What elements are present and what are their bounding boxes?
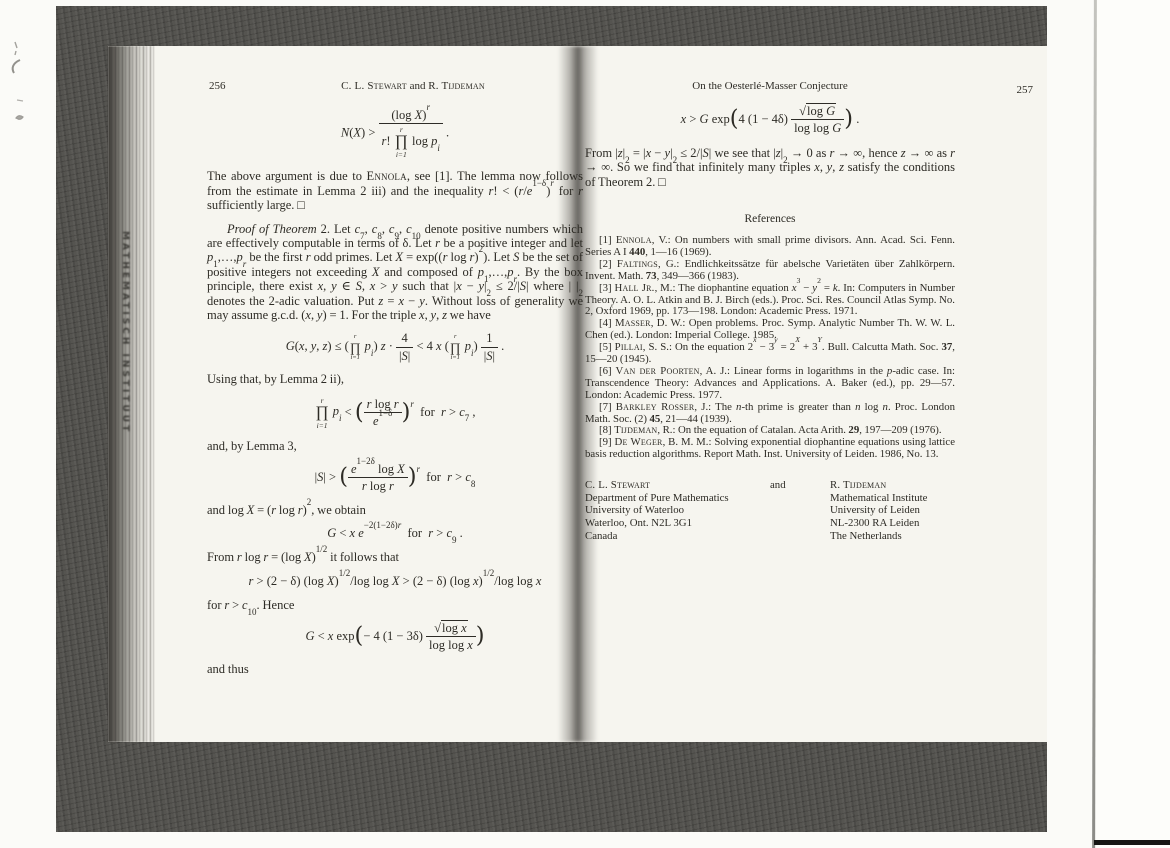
right-page-column: On the Oesterlé-Masser Conjecture x > G … <box>585 80 955 542</box>
left-running-head: C. L. Stewart and R. Tijdeman <box>207 80 583 92</box>
left-page-header: 256 C. L. Stewart and R. Tijdeman <box>207 80 583 94</box>
references-title: References <box>585 213 955 225</box>
paragraph-proof-theorem-2: Proof of Theorem 2. Let c7, c8, c9, c10 … <box>207 222 583 323</box>
line-and-logx: and log X = (r log r)2, we obtain <box>207 503 583 517</box>
reference-item: [3] Hall Jr., M.: The diophantine equati… <box>585 283 955 319</box>
formula-g-exp-sqrt: G < x exp(− 4 (1 − 3δ) √log xlog log x) <box>207 621 583 653</box>
formula-r-lower-bound: r > (2 − δ) (log X)1/2/log log X > (2 − … <box>207 574 583 589</box>
reference-item: [1] Ennola, V.: On numbers with small pr… <box>585 235 955 259</box>
references-list: [1] Ennola, V.: On numbers with small pr… <box>585 235 955 461</box>
pencil-mark <box>16 96 26 104</box>
reference-item: [5] Pillai, S. S.: On the equation 2x − … <box>585 342 955 366</box>
address-line: University of Waterloo <box>585 504 770 517</box>
spine-stamp-text: MATHEMATISCH INSTITUUT <box>120 231 130 531</box>
address-line: NL-2300 RA Leiden <box>830 517 927 530</box>
address-line: Mathematical Institute <box>830 492 927 505</box>
formula-counting-lower-bound: N(X) > (log X)rr! r∏i=1 log pi . <box>207 108 583 159</box>
line-and-lemma3: and, by Lemma 3, <box>207 439 583 453</box>
author-address-tijdeman: R. Tijdeman Mathematical Institute Unive… <box>830 479 927 542</box>
right-running-head: On the Oesterlé-Masser Conjecture <box>585 80 955 92</box>
right-page: 257 On the Oesterlé-Masser Conjecture x … <box>585 80 1047 542</box>
author-name: C. L. Stewart <box>585 479 770 492</box>
adjacent-sheet <box>1096 0 1170 848</box>
address-line: The Netherlands <box>830 530 927 543</box>
line-and-thus: and thus <box>207 662 583 676</box>
line-for-c10-hence: for r > c10. Hence <box>207 598 583 612</box>
bottom-right-edge-line <box>1094 840 1170 845</box>
pencil-mark <box>14 112 26 122</box>
line-using-lemma2: Using that, by Lemma 2 ii), <box>207 372 583 386</box>
formula-x-lower-bound: x > G exp(4 (1 − 4δ) √log Glog log G) . <box>585 104 955 136</box>
paragraph-closing: From |z|2 = |x − y|2 ≤ 2/|S| we see that… <box>585 146 955 189</box>
author-name: R. Tijdeman <box>830 479 927 492</box>
formula-s-lower-bound: |S| > (e1−2δ log Xr log r)r for r > c8 <box>207 462 583 494</box>
line-from-rlogr: From r log r = (log X)1/2 it follows tha… <box>207 550 583 564</box>
authors-block: C. L. Stewart Department of Pure Mathema… <box>585 479 955 542</box>
right-page-number: 257 <box>1017 84 1034 96</box>
reference-item: [7] Barkley Rosser, J.: The n-th prime i… <box>585 402 955 426</box>
address-line: Department of Pure Mathematics <box>585 492 770 505</box>
book-spread: MATHEMATISCH INSTITUUT 256 C. L. Stewart… <box>108 46 1047 742</box>
scanned-journal-spread: MATHEMATISCH INSTITUUT 256 C. L. Stewart… <box>0 0 1170 848</box>
formula-g-exponential: G < x e−2(1−2δ)r for r > c9 . <box>207 526 583 541</box>
formula-g-upper-bound: G(x, y, z) ≤ (r∏i=1 pi) z · 4|S| < 4 x (… <box>207 331 583 363</box>
address-line: Waterloo, Ont. N2L 3G1 <box>585 517 770 530</box>
left-page-number: 256 <box>209 80 226 92</box>
authors-connector: and <box>770 479 830 542</box>
photocopy-dark-border: MATHEMATISCH INSTITUUT 256 C. L. Stewart… <box>56 6 1047 832</box>
pencil-mark <box>8 58 24 76</box>
reference-item: [9] De Weger, B. M. M.: Solving exponent… <box>585 437 955 461</box>
address-line: Canada <box>585 530 770 543</box>
reference-item: [4] Masser, D. W.: Open problems. Proc. … <box>585 318 955 342</box>
reference-item: [6] Van der Poorten, A. J.: Linear forms… <box>585 366 955 402</box>
paragraph-ennola: The above argument is due to Ennola, see… <box>207 169 583 212</box>
author-address-stewart: C. L. Stewart Department of Pure Mathema… <box>585 479 770 542</box>
formula-prime-product-bound: r∏i=1 pi < (r log re1−δ)r for r > c7 , <box>207 396 583 430</box>
pencil-mark <box>9 40 23 56</box>
address-line: University of Leiden <box>830 504 927 517</box>
left-page: 256 C. L. Stewart and R. Tijdeman N(X) >… <box>207 80 583 676</box>
reference-item: [2] Faltings, G.: Endlichkeitssätze für … <box>585 259 955 283</box>
left-page-edge-shadow <box>108 46 154 742</box>
